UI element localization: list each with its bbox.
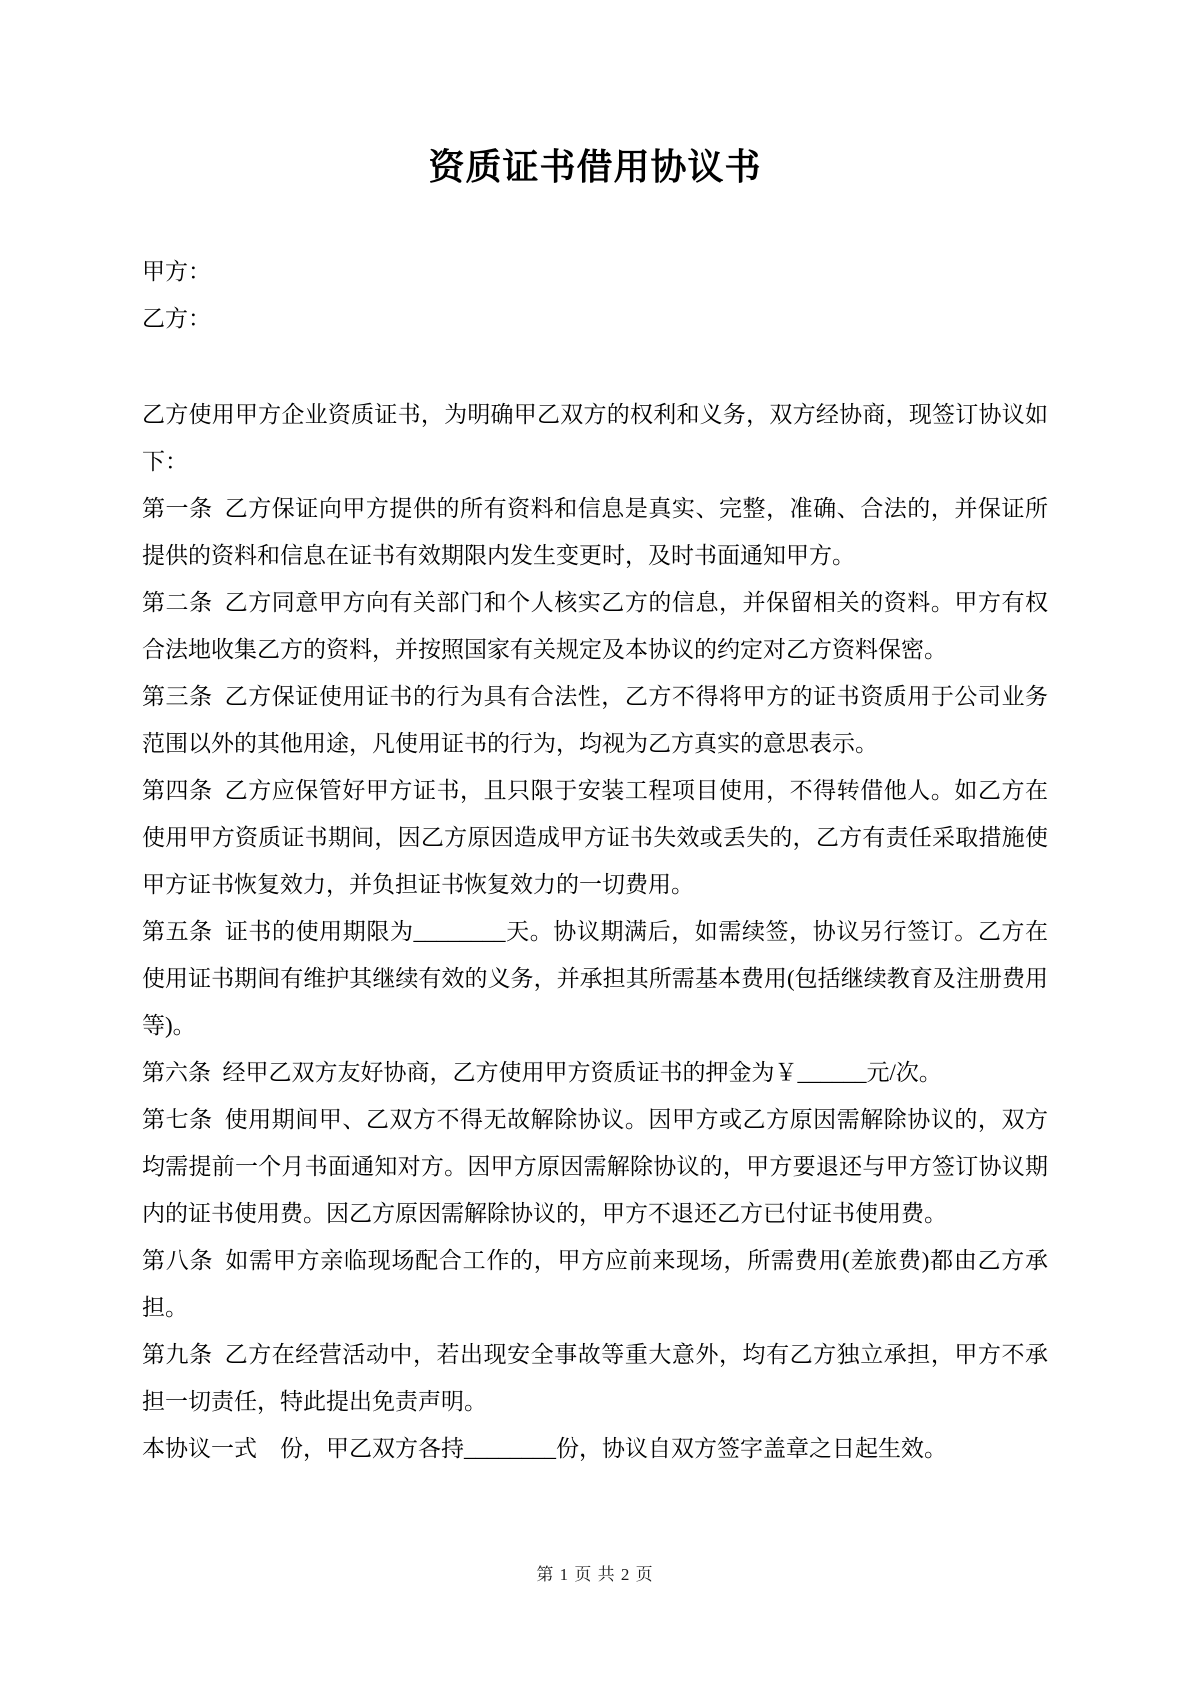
closing-paragraph: 本协议一式 份，甲乙双方各持________份，协议自双方签字盖章之日起生效。 <box>142 1425 1048 1472</box>
clause-3-paragraph: 第三条 乙方保证使用证书的行为具有合法性，乙方不得将甲方的证书资质用于公司业务范… <box>142 673 1048 767</box>
clause-4-paragraph: 第四条 乙方应保管好甲方证书，且只限于安装工程项目使用，不得转借他人。如乙方在使… <box>142 767 1048 908</box>
clause-7-paragraph: 第七条 使用期间甲、乙双方不得无故解除协议。因甲方或乙方原因需解除协议的，双方均… <box>142 1096 1048 1237</box>
clause-2-paragraph: 第二条 乙方同意甲方向有关部门和个人核实乙方的信息，并保留相关的资料。甲方有权合… <box>142 579 1048 673</box>
page-number: 第 1 页 共 2 页 <box>0 1560 1190 1585</box>
clause-6-paragraph: 第六条 经甲乙双方友好协商，乙方使用甲方资质证书的押金为￥______元/次。 <box>142 1049 1048 1096</box>
document-page: 资质证书借用协议书 甲方： 乙方： 乙方使用甲方企业资质证书，为明确甲乙双方的权… <box>0 0 1190 1683</box>
party-a-line: 甲方： <box>142 248 1048 295</box>
clause-1-paragraph: 第一条 乙方保证向甲方提供的所有资料和信息是真实、完整，准确、合法的，并保证所提… <box>142 485 1048 579</box>
parties-section: 甲方： 乙方： <box>142 248 1048 342</box>
intro-paragraph: 乙方使用甲方企业资质证书，为明确甲乙双方的权利和义务，双方经协商，现签订协议如下… <box>142 391 1048 485</box>
clause-8-paragraph: 第八条 如需甲方亲临现场配合工作的，甲方应前来现场，所需费用(差旅费)都由乙方承… <box>142 1237 1048 1331</box>
document-content: 资质证书借用协议书 甲方： 乙方： 乙方使用甲方企业资质证书，为明确甲乙双方的权… <box>0 0 1190 1472</box>
clause-9-paragraph: 第九条 乙方在经营活动中，若出现安全事故等重大意外，均有乙方独立承担，甲方不承担… <box>142 1331 1048 1425</box>
document-title: 资质证书借用协议书 <box>142 0 1048 191</box>
agreement-body: 乙方使用甲方企业资质证书，为明确甲乙双方的权利和义务，双方经协商，现签订协议如下… <box>142 391 1048 1472</box>
clause-5-paragraph: 第五条 证书的使用期限为________天。协议期满后，如需续签，协议另行签订。… <box>142 908 1048 1049</box>
party-b-line: 乙方： <box>142 295 1048 342</box>
